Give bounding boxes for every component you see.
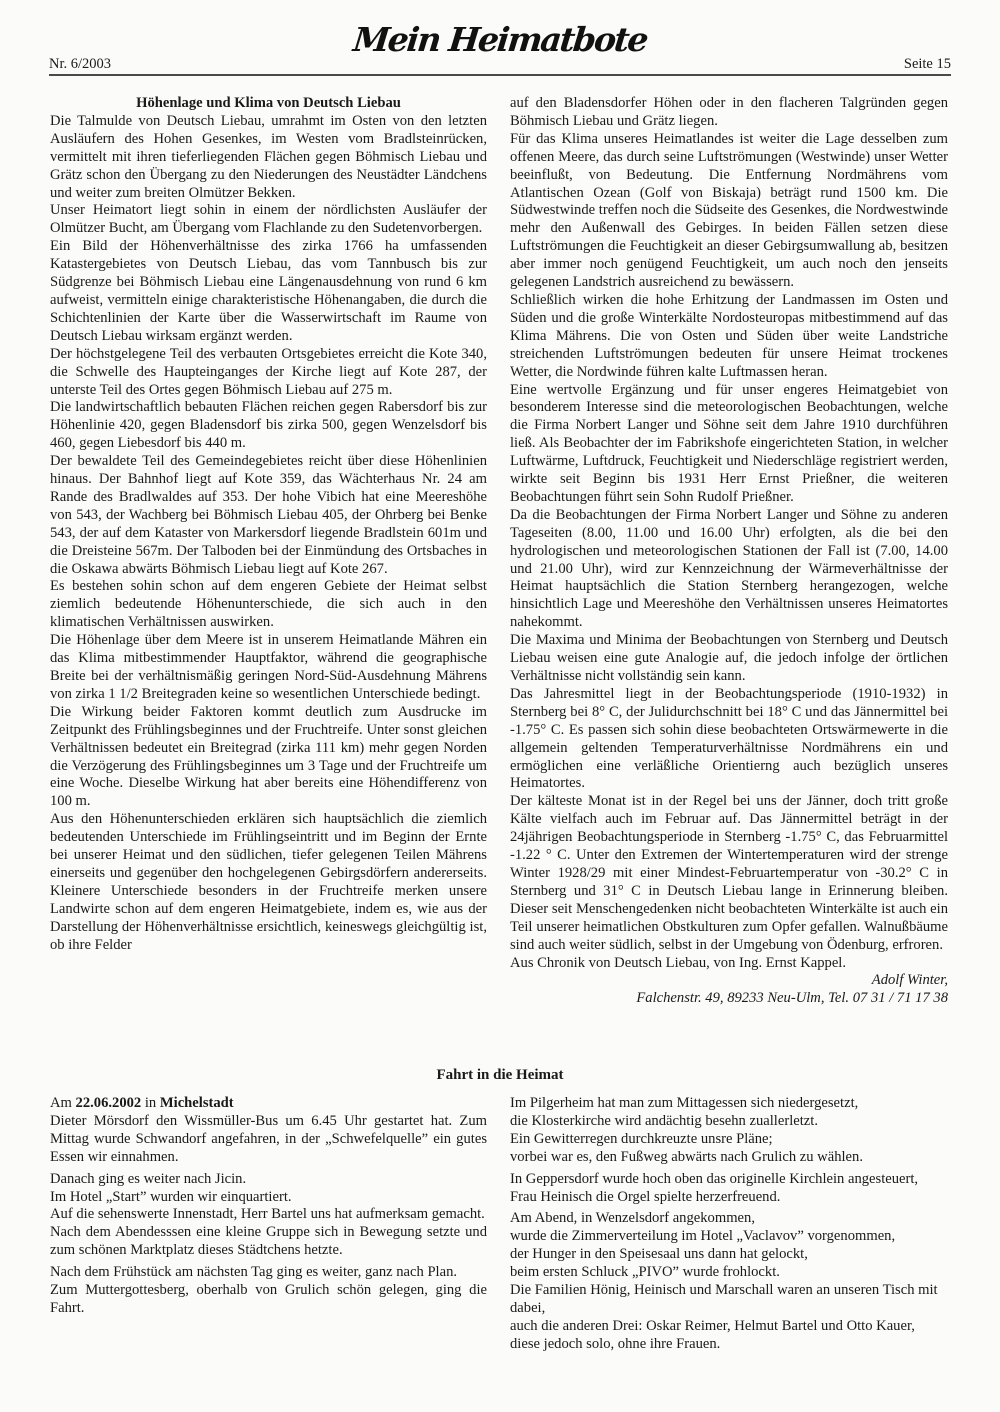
article2-title: Fahrt in die Heimat [0,1067,1000,1084]
paragraph: Eine wertvolle Ergänzung und für unser e… [510,382,948,507]
article1-title: Höhenlage und Klima von Deutsch Liebau [50,95,487,113]
verse-line: Danach ging es weiter nach Jicin. [50,1171,487,1189]
verse-line: auch die anderen Drei: Oskar Reimer, Hel… [510,1318,950,1336]
paragraph: Ein Bild der Höhenverhältnisse des zirka… [50,238,487,345]
source-note: Aus Chronik von Deutsch Liebau, von Ing.… [510,955,948,973]
paragraph: Aus den Höhenunterschieden erklären sich… [50,811,487,954]
author-name: Adolf Winter, [510,972,948,990]
verse-line: Frau Heinisch die Orgel spielte herzerfr… [510,1189,950,1207]
paragraph: Die Talmulde von Deutsch Liebau, umrahmt… [50,113,487,203]
verse-line: Auf die sehenswerte Innenstadt, Herr Bar… [50,1206,487,1224]
verse-line: der Hunger in den Speisesaal uns dann ha… [510,1246,950,1264]
verse-line: Am Abend, in Wenzelsdorf angekommen, [510,1210,950,1228]
verse-line: die Klosterkirche wird andächtig besehn … [510,1113,950,1131]
verse-line: In Geppersdorf wurde hoch oben das origi… [510,1171,950,1189]
lead-text: Am [50,1095,76,1111]
verse-line: Im Pilgerheim hat man zum Mittagessen si… [510,1095,950,1113]
issue-number: Nr. 6/2003 [49,56,111,73]
verse-line: Ein Gewitterregen durchkreuzte unsre Plä… [510,1131,950,1149]
masthead-logo: Mein Heimatbote [351,20,648,59]
article2-left-column: Am 22.06.2002 in Michelstadt Dieter Mörs… [50,1095,487,1318]
header-rule [49,74,951,76]
paragraph: Das Jahresmittel liegt in der Beobachtun… [510,686,948,793]
verse-line: Zum Muttergottesberg, oberhalb von Gruli… [50,1282,487,1318]
paragraph: Die Höhenlage über dem Meere ist in unse… [50,632,487,704]
page-header: Nr. 6/2003 Mein Heimatbote Seite 15 [49,0,951,76]
article2-right-column: Im Pilgerheim hat man zum Mittagessen si… [510,1095,950,1354]
article1-right-column: auf den Bladensdorfer Höhen oder in den … [510,95,948,1008]
verse-line: vorbei war es, den Fußweg abwärts nach G… [510,1149,950,1167]
verse-line: Nach dem Frühstück am nächsten Tag ging … [50,1264,487,1282]
verse-line: beim ersten Schluck „PIVO” wurde frohloc… [510,1264,950,1282]
paragraph: Für das Klima unseres Heimatlandes ist w… [510,131,948,292]
verse-line: wurde die Zimmerverteilung im Hotel „Vac… [510,1228,950,1246]
paragraph: Der höchstgelegene Teil des verbauten Or… [50,346,487,400]
lead-date: 22.06.2002 [76,1095,142,1111]
article2-lead: Am 22.06.2002 in Michelstadt [50,1095,487,1113]
paragraph: Die landwirtschaftlich bebauten Flächen … [50,399,487,453]
verse-line: Die Familien Hönig, Heinisch und Marscha… [510,1282,950,1318]
paragraph: Die Wirkung beider Faktoren kommt deutli… [50,704,487,811]
paragraph: Der bewaldete Teil des Gemeindegebietes … [50,453,487,578]
lead-text: in [141,1095,160,1111]
paragraph: Die Maxima und Minima der Beobachtungen … [510,632,948,686]
page-number: Seite 15 [904,56,951,73]
paragraph: Es bestehen sohin schon auf dem engeren … [50,578,487,632]
paragraph: Unser Heimatort liegt sohin in einem der… [50,202,487,238]
paragraph: Schließlich wirken die hohe Erhitzung de… [510,292,948,382]
paragraph: auf den Bladensdorfer Höhen oder in den … [510,95,948,131]
verse-line: Dieter Mörsdorf den Wissmüller-Bus um 6.… [50,1113,487,1167]
verse-line: diese jedoch solo, ohne ihre Frauen. [510,1336,950,1354]
article1-left-column: Höhenlage und Klima von Deutsch Liebau D… [50,95,487,955]
lead-place: Michelstadt [160,1095,234,1111]
verse-line: Nach dem Abendesssen eine kleine Gruppe … [50,1224,487,1260]
verse-line: Im Hotel „Start” wurden wir einquartiert… [50,1189,487,1207]
paragraph: Da die Beobachtungen der Firma Norbert L… [510,507,948,632]
author-address: Falchenstr. 49, 89233 Neu-Ulm, Tel. 07 3… [510,990,948,1008]
paragraph: Der kälteste Monat ist in der Regel bei … [510,793,948,954]
